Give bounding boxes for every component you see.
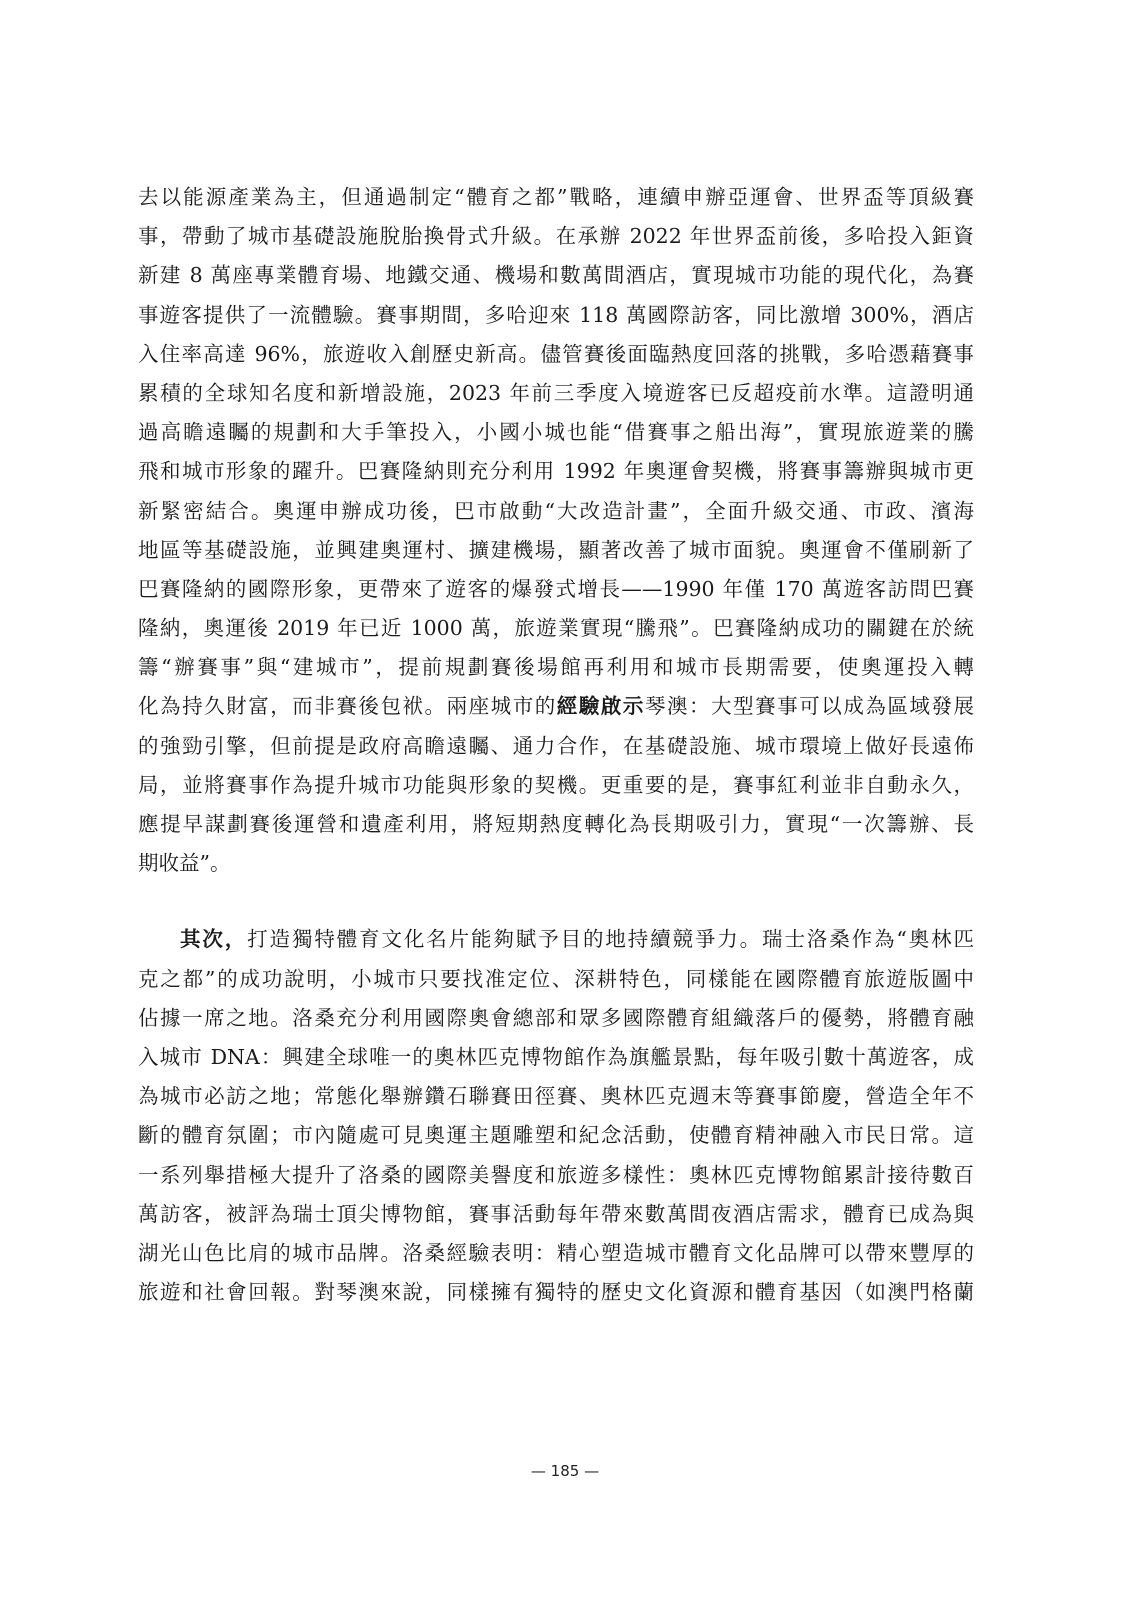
text-line: 去以能源產業為主，但通過制定“體育之都”戰略，連續申辦亞運會、世界盃等頂級賽 [138,178,974,217]
text-line: 籌“辦賽事”與“建城市”，提前規劃賽後場館再利用和城市長期需要，使奧運投入轉 [138,648,974,687]
text-line: 事遊客提供了一流體驗。賽事期間，多哈迎來 118 萬國際訪客，同比激增 300%… [138,296,974,335]
page-number: — 185 — [0,1462,1130,1480]
text-line: 克之都”的成功說明，小城市只要找准定位、深耕特色，同樣能在國際體育旅遊版圖中 [138,960,974,999]
text-line: 為城市必訪之地；常態化舉辦鑽石聯賽田徑賽、奧林匹克週末等賽事節慶，營造全年不 [138,1077,974,1116]
paragraph-spacing [138,883,974,920]
text-line: 湖光山色比肩的城市品牌。洛桑經驗表明：精心塑造城市體育文化品牌可以帶來豐厚的 [138,1234,974,1273]
body-text: 去以能源產業為主，但通過制定“體育之都”戰略，連續申辦亞運會、世界盃等頂級賽 事… [138,178,974,1312]
text-line: 地區等基礎設施，並興建奧運村、擴建機場，顯著改善了城市面貌。奧運會不僅刷新了 [138,531,974,570]
text-line: 累積的全球知名度和新增設施，2023 年前三季度入境遊客已反超疫前水準。這證明通 [138,374,974,413]
text-line: 巴賽隆納的國際形象，更帶來了遊客的爆發式增長——1990 年僅 170 萬遊客訪… [138,570,974,609]
paragraph-1: 去以能源產業為主，但通過制定“體育之都”戰略，連續申辦亞運會、世界盃等頂級賽 事… [138,178,974,883]
text-line: 期收益”。 [138,844,974,883]
emphasis-text: 經驗啟示 [557,694,645,718]
text-segment: 打造獨特體育文化名片能夠賦予目的地持續競爭力。瑞士洛桑作為“奧林匹 [247,927,974,951]
text-line: 旅遊和社會回報。對琴澳來說，同樣擁有獨特的歷史文化資源和體育基因（如澳門格蘭 [138,1273,974,1312]
text-line: 新緊密結合。奧運申辦成功後，巴市啟動“大改造計畫”，全面升級交通、市政、濱海 [138,492,974,531]
text-line: 的強勁引擎，但前提是政府高瞻遠矚、通力合作，在基礎設施、城市環境上做好長遠佈 [138,727,974,766]
text-line-with-emphasis: 化為持久財富，而非賽後包袱。兩座城市的經驗啟示琴澳：大型賽事可以成為區域發展 [138,687,974,726]
emphasis-text: 其次， [180,927,247,951]
text-line-with-emphasis: 其次，打造獨特體育文化名片能夠賦予目的地持續競爭力。瑞士洛桑作為“奧林匹 [138,920,974,959]
paragraph-2: 其次，打造獨特體育文化名片能夠賦予目的地持續競爭力。瑞士洛桑作為“奧林匹 克之都… [138,920,974,1312]
text-line: 入城市 DNA：興建全球唯一的奧林匹克博物館作為旗艦景點，每年吸引數十萬遊客，成 [138,1038,974,1077]
text-segment: 化為持久財富，而非賽後包袱。兩座城市的 [138,694,557,718]
text-line: 隆納，奧運後 2019 年已近 1000 萬，旅遊業實現“騰飛”。巴賽隆納成功的… [138,609,974,648]
text-line: 入住率高達 96%，旅遊收入創歷史新高。儘管賽後面臨熱度回落的挑戰，多哈憑藉賽事 [138,335,974,374]
document-page: 去以能源產業為主，但通過制定“體育之都”戰略，連續申辦亞運會、世界盃等頂級賽 事… [0,0,1130,1600]
text-line: 斷的體育氛圍；市內隨處可見奧運主題雕塑和紀念活動，使體育精神融入市民日常。這 [138,1116,974,1155]
text-line: 過高瞻遠矚的規劃和大手筆投入，小國小城也能“借賽事之船出海”，實現旅遊業的騰 [138,413,974,452]
text-segment: 琴澳：大型賽事可以成為區域發展 [645,694,974,718]
text-line: 新建 8 萬座專業體育場、地鐵交通、機場和數萬間酒店，實現城市功能的現代化，為賽 [138,256,974,295]
text-line: 一系列舉措極大提升了洛桑的國際美譽度和旅遊多樣性：奧林匹克博物館累計接待數百 [138,1156,974,1195]
text-line: 局，並將賽事作為提升城市功能與形象的契機。更重要的是，賽事紅利並非自動永久， [138,766,974,805]
text-line: 飛和城市形象的躍升。巴賽隆納則充分利用 1992 年奧運會契機，將賽事籌辦與城市… [138,452,974,491]
text-line: 佔據一席之地。洛桑充分利用國際奧會總部和眾多國際體育組織落戶的優勢，將體育融 [138,999,974,1038]
text-line: 萬訪客，被評為瑞士頂尖博物館，賽事活動每年帶來數萬間夜酒店需求，體育已成為與 [138,1195,974,1234]
text-line: 事，帶動了城市基礎設施脫胎換骨式升級。在承辦 2022 年世界盃前後，多哈投入鉅… [138,217,974,256]
text-line: 應提早謀劃賽後運營和遺產利用，將短期熱度轉化為長期吸引力，實現“一次籌辦、長 [138,805,974,844]
